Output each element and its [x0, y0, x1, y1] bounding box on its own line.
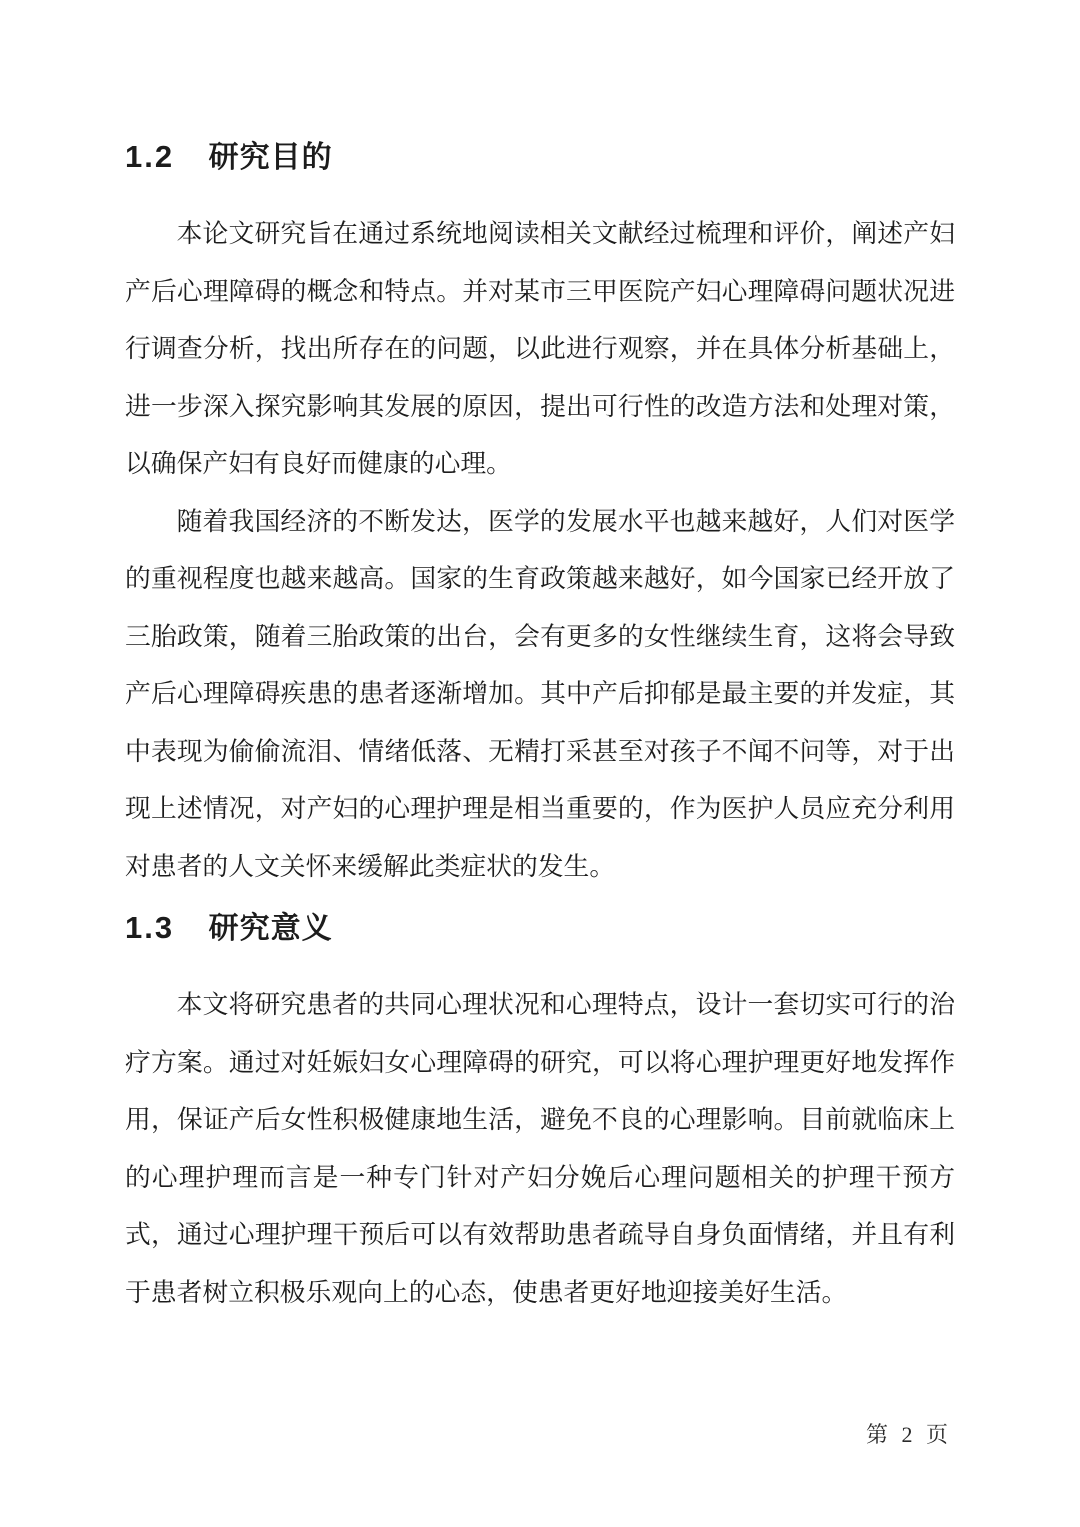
section-title: 研究目的 — [209, 141, 333, 174]
page-content: 1.2 研究目的 本论文研究旨在通过系统地阅读相关文献经过梳理和评价，阐述产妇产… — [0, 0, 1080, 1321]
paragraph: 本论文研究旨在通过系统地阅读相关文献经过梳理和评价，阐述产妇产后心理障碍的概念和… — [125, 205, 955, 493]
section-heading-1-2: 1.2 研究目的 — [125, 140, 955, 175]
page-footer: 第 2 页 — [866, 1418, 952, 1449]
section-title: 研究意义 — [209, 912, 333, 945]
page-number: 第 2 页 — [866, 1422, 952, 1447]
section-heading-1-3: 1.3 研究意义 — [125, 911, 955, 946]
section-number: 1.2 — [125, 139, 174, 174]
paragraph: 本文将研究患者的共同心理状况和心理特点，设计一套切实可行的治疗方案。通过对妊娠妇… — [125, 976, 955, 1321]
section-number: 1.3 — [125, 910, 174, 945]
paragraph: 随着我国经济的不断发达，医学的发展水平也越来越好，人们对医学的重视程度也越来越高… — [125, 493, 955, 896]
document-page: 1.2 研究目的 本论文研究旨在通过系统地阅读相关文献经过梳理和评价，阐述产妇产… — [0, 0, 1080, 1527]
